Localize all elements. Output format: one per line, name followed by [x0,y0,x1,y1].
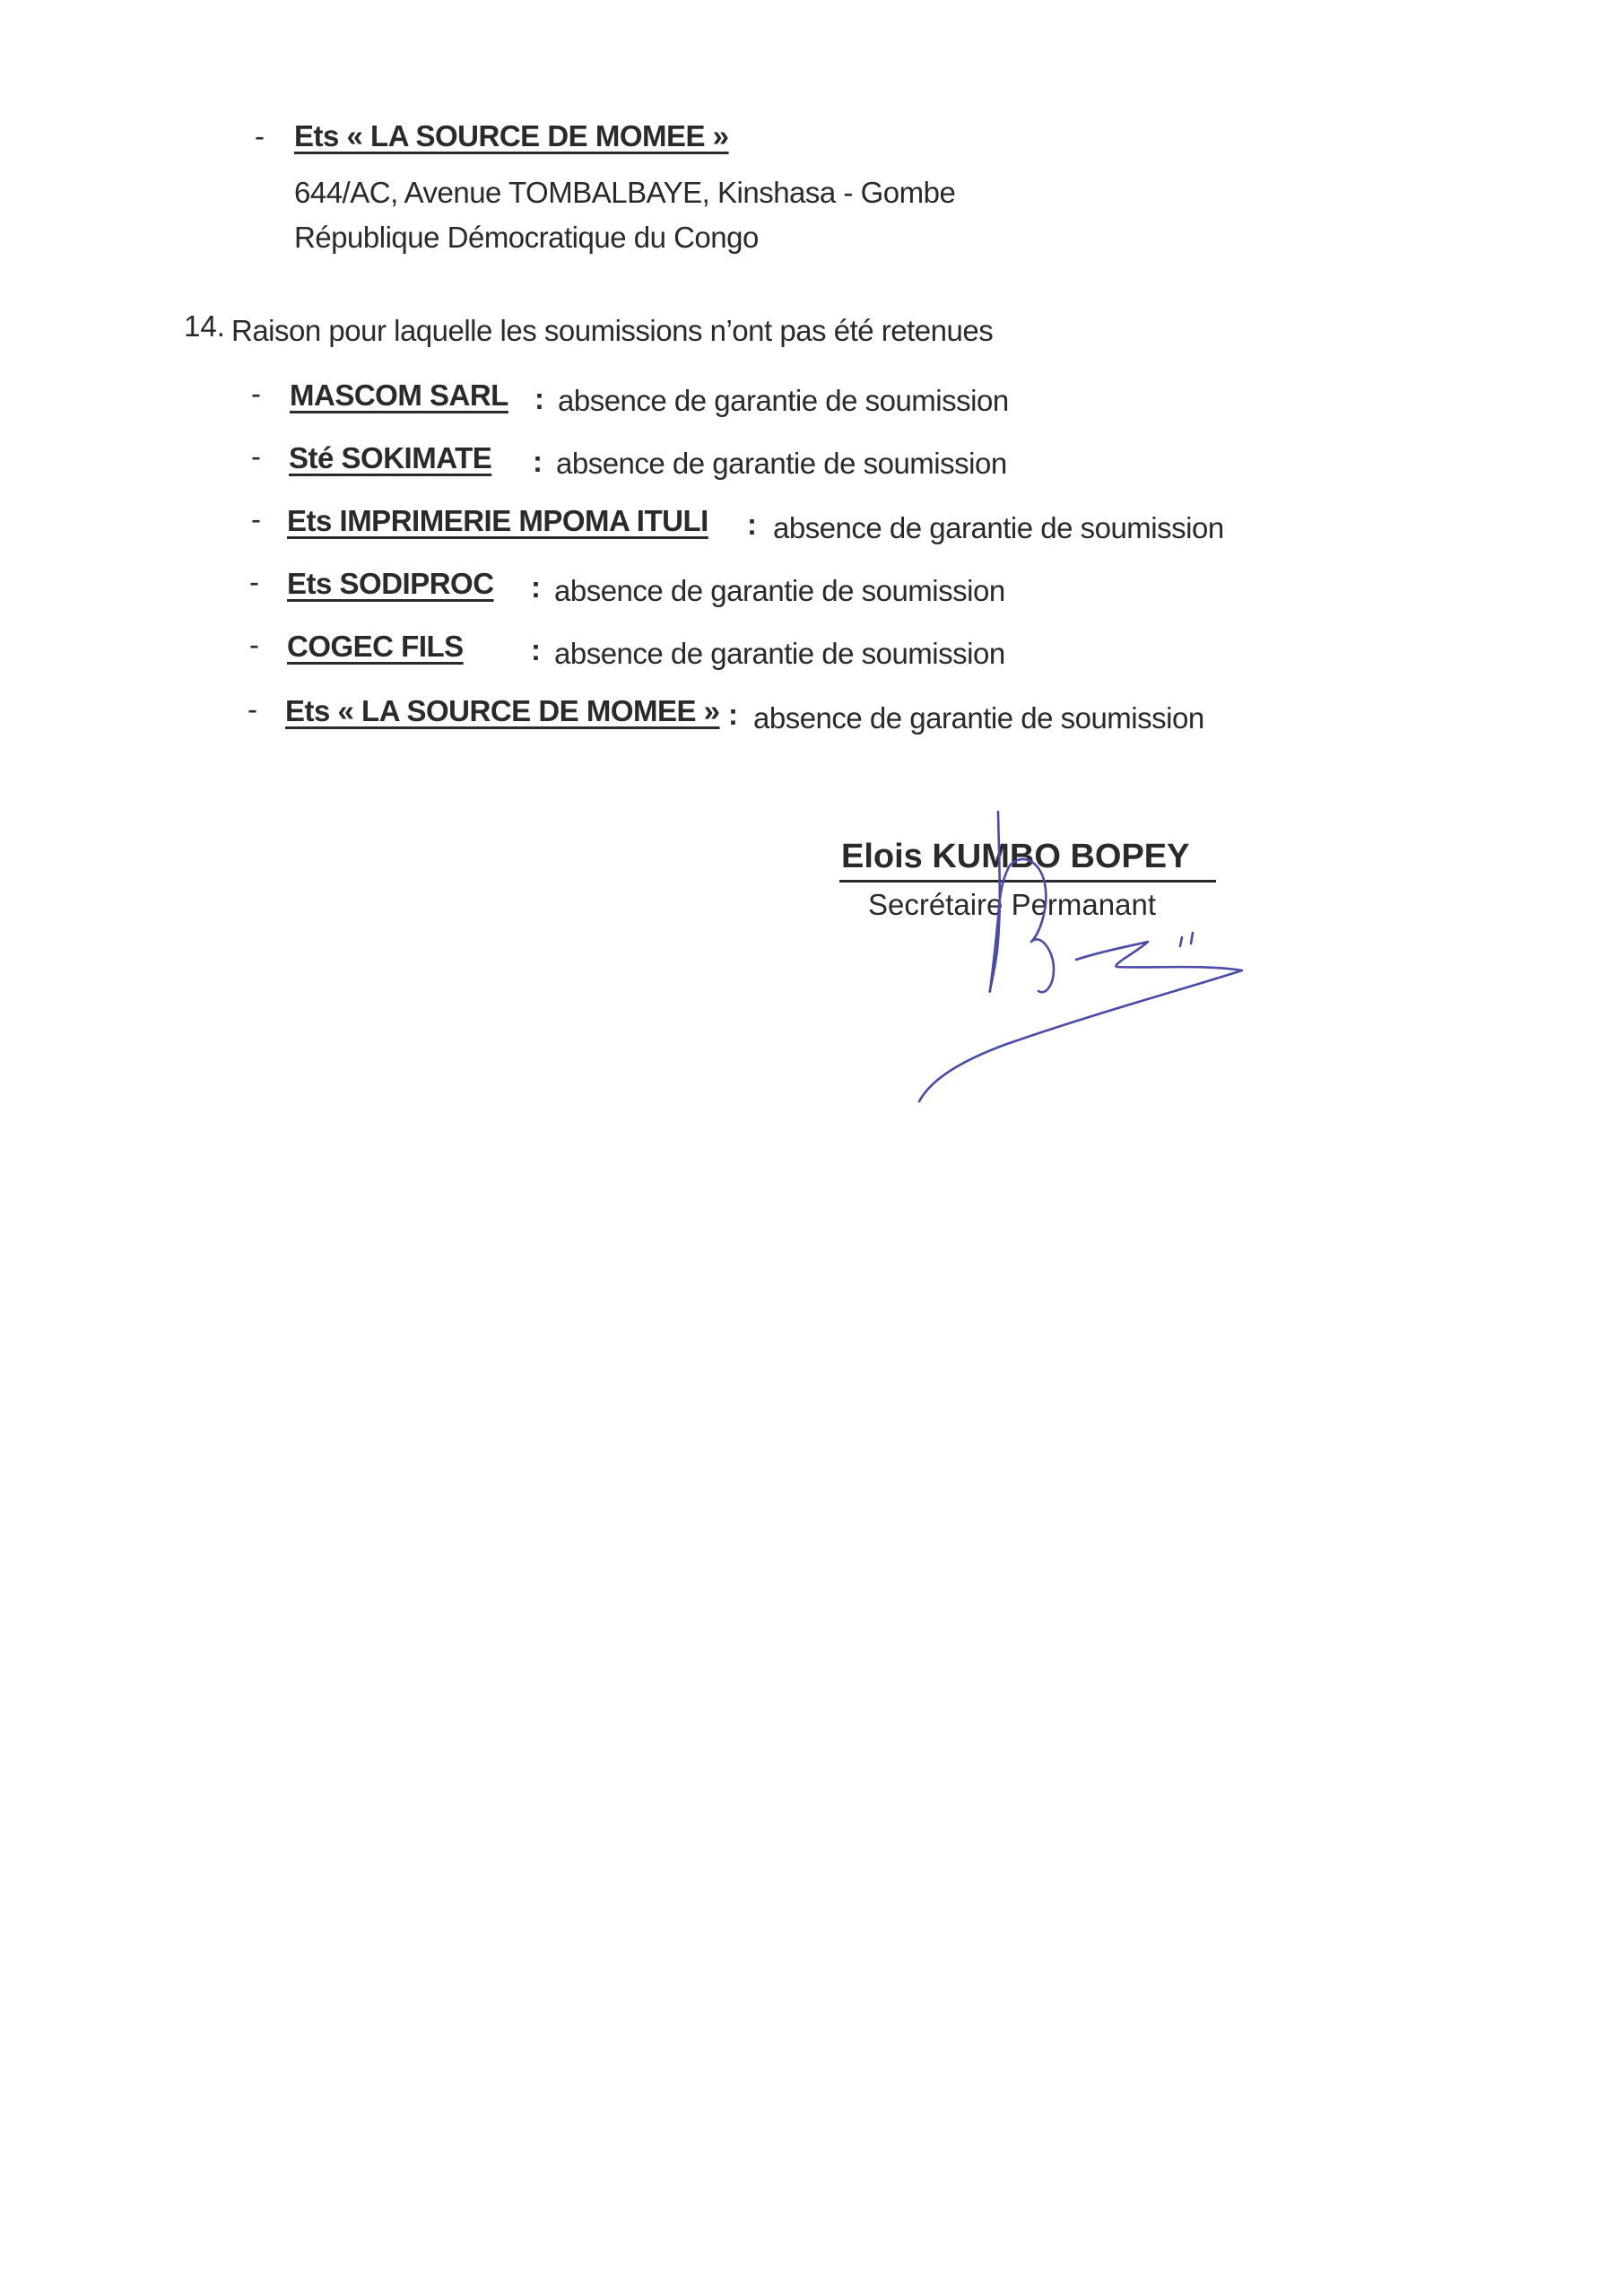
bidder-name: MASCOM SARL [290,378,508,413]
bullet-dash: - [251,439,261,474]
bullet-dash: - [251,502,261,536]
colon: : [531,633,541,667]
bidder-name: Ets « LA SOURCE DE MOMEE » [285,694,720,728]
bidder-name: Ets SODIPROC [287,567,494,601]
rejection-reason: absence de garantie de soumission [556,447,1007,481]
company-name: Ets « LA SOURCE DE MOMEE » [294,119,729,153]
section-number: 14. [184,309,225,344]
document-page: - Ets « LA SOURCE DE MOMEE » 644/AC, Ave… [0,0,1616,2296]
address-line-1: 644/AC, Avenue TOMBALBAYE, Kinshasa - Go… [294,176,955,210]
bidder-name: Sté SOKIMATE [289,441,491,475]
signatory-underline [839,880,1216,883]
bullet-dash: - [255,119,265,153]
colon: : [533,445,543,479]
colon: : [747,508,757,542]
signatory-name: Elois KUMBO BOPEY [841,838,1190,876]
signatory-title: Secrétaire Permanant [868,888,1156,922]
colon: : [531,570,541,604]
rejection-reason: absence de garantie de soumission [558,384,1009,418]
rejection-reason: absence de garantie de soumission [753,701,1204,735]
bullet-dash: - [251,377,261,411]
rejection-reason: absence de garantie de soumission [773,511,1224,545]
colon: : [534,382,544,416]
bullet-dash: - [249,628,259,662]
bullet-dash: - [249,565,259,599]
bidder-name: COGEC FILS [287,630,464,664]
section-heading: Raison pour laquelle les soumissions n’o… [231,314,993,348]
rejection-reason: absence de garantie de soumission [554,637,1005,671]
colon: : [728,698,738,732]
rejection-reason: absence de garantie de soumission [554,574,1005,608]
bidder-name: Ets IMPRIMERIE MPOMA ITULI [287,504,708,538]
bullet-dash: - [248,692,257,726]
address-line-2: République Démocratique du Congo [294,221,759,255]
